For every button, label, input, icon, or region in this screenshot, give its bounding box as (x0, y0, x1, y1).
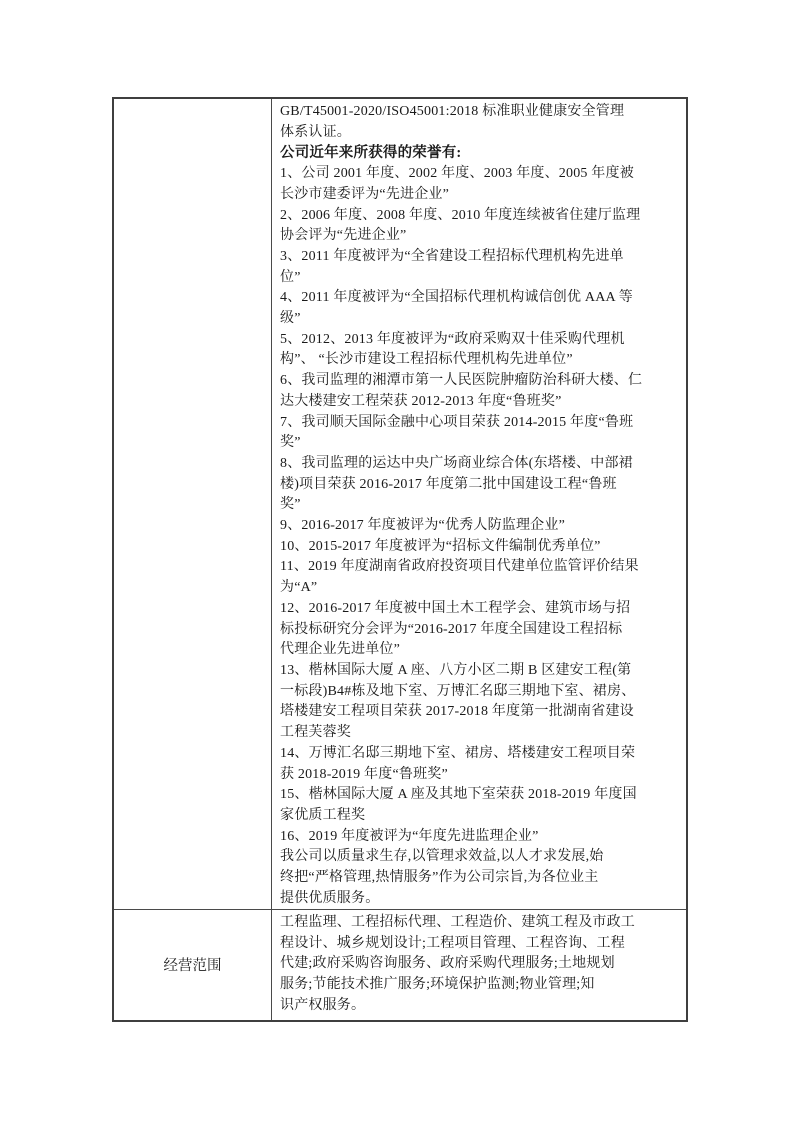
honors-content-cell: GB/T45001-2020/ISO45001:2018 标准职业健康安全管理体… (272, 99, 686, 909)
text-line: 协会评为“先进企业” (280, 226, 680, 247)
text-line: 家优质工程奖 (280, 806, 680, 827)
text-line: 为“A” (280, 578, 680, 599)
text-line: 体系认证。 (280, 123, 680, 144)
text-line: 公司近年来所获得的荣誉有: (280, 143, 680, 164)
text-line: 16、2019 年度被评为“年度先进监理企业” (280, 827, 680, 848)
text-line: 工程监理、工程招标代理、工程造价、建筑工程及市政工 (280, 913, 680, 934)
company-info-table: GB/T45001-2020/ISO45001:2018 标准职业健康安全管理体… (112, 97, 688, 1022)
text-line: 楼)项目荣获 2016-2017 年度第二批中国建设工程“鲁班 (280, 475, 680, 496)
text-line: 塔楼建安工程项目荣获 2017-2018 年度第一批湖南省建设 (280, 702, 680, 723)
text-line: 提供优质服务。 (280, 889, 680, 909)
text-line: 代理企业先进单位” (280, 640, 680, 661)
text-line: 3、2011 年度被评为“全省建设工程招标代理机构先进单 (280, 247, 680, 268)
text-line: GB/T45001-2020/ISO45001:2018 标准职业健康安全管理 (280, 102, 680, 123)
text-line: 达大楼建安工程荣获 2012-2013 年度“鲁班奖” (280, 392, 680, 413)
text-line: 一标段)B4#栋及地下室、万博汇名邸三期地下室、裙房、 (280, 682, 680, 703)
business-scope-label: 经营范围 (164, 954, 222, 975)
text-line: 10、2015-2017 年度被评为“招标文件编制优秀单位” (280, 537, 680, 558)
text-line: 级” (280, 309, 680, 330)
scope-label-cell: 经营范围 (114, 910, 272, 1020)
text-line: 15、楷林国际大厦 A 座及其地下室荣获 2018-2019 年度国 (280, 785, 680, 806)
text-line: 5、2012、2013 年度被评为“政府采购双十佳采购代理机 (280, 330, 680, 351)
text-line: 标投标研究分会评为“2016-2017 年度全国建设工程招标 (280, 620, 680, 641)
text-line: 4、2011 年度被评为“全国招标代理机构诚信创优 AAA 等 (280, 288, 680, 309)
text-line: 工程芙蓉奖 (280, 723, 680, 744)
table-row-business-scope: 经营范围 工程监理、工程招标代理、工程造价、建筑工程及市政工程设计、城乡规划设计… (114, 909, 686, 1020)
text-line: 2、2006 年度、2008 年度、2010 年度连续被省住建厅监理 (280, 206, 680, 227)
text-line: 7、我司顺天国际金融中心项目荣获 2014-2015 年度“鲁班 (280, 413, 680, 434)
text-line: 奖” (280, 433, 680, 454)
text-line: 11、2019 年度湖南省政府投资项目代建单位监管评价结果 (280, 557, 680, 578)
text-line: 奖” (280, 495, 680, 516)
text-line: 我公司以质量求生存,以管理求效益,以人才求发展,始 (280, 847, 680, 868)
text-line: 终把“严格管理,热情服务”作为公司宗旨,为各位业主 (280, 868, 680, 889)
text-line: 构”、 “长沙市建设工程招标代理机构先进单位” (280, 350, 680, 371)
text-line: 位” (280, 268, 680, 289)
text-line: 13、楷林国际大厦 A 座、八方小区二期 B 区建安工程(第 (280, 661, 680, 682)
text-line: 代建;政府采购咨询服务、政府采购代理服务;土地规划 (280, 954, 680, 975)
text-line: 1、公司 2001 年度、2002 年度、2003 年度、2005 年度被 (280, 164, 680, 185)
scope-content-cell: 工程监理、工程招标代理、工程造价、建筑工程及市政工程设计、城乡规划设计;工程项目… (272, 910, 686, 1020)
text-line: 14、万博汇名邸三期地下室、裙房、塔楼建安工程项目荣 (280, 744, 680, 765)
text-line: 长沙市建委评为“先进企业” (280, 185, 680, 206)
text-line: 6、我司监理的湘潭市第一人民医院肿瘤防治科研大楼、仁 (280, 371, 680, 392)
table-row-honors: GB/T45001-2020/ISO45001:2018 标准职业健康安全管理体… (114, 99, 686, 909)
text-line: 识产权服务。 (280, 996, 680, 1017)
document-page: GB/T45001-2020/ISO45001:2018 标准职业健康安全管理体… (0, 0, 793, 1122)
text-line: 12、2016-2017 年度被中国土木工程学会、建筑市场与招 (280, 599, 680, 620)
text-line: 9、2016-2017 年度被评为“优秀人防监理企业” (280, 516, 680, 537)
honors-label-cell (114, 99, 272, 909)
text-line: 程设计、城乡规划设计;工程项目管理、工程咨询、工程 (280, 934, 680, 955)
text-line: 服务;节能技术推广服务;环境保护监测;物业管理;知 (280, 975, 680, 996)
text-line: 8、我司监理的运达中央广场商业综合体(东塔楼、中部裙 (280, 454, 680, 475)
text-line: 获 2018-2019 年度“鲁班奖” (280, 765, 680, 786)
